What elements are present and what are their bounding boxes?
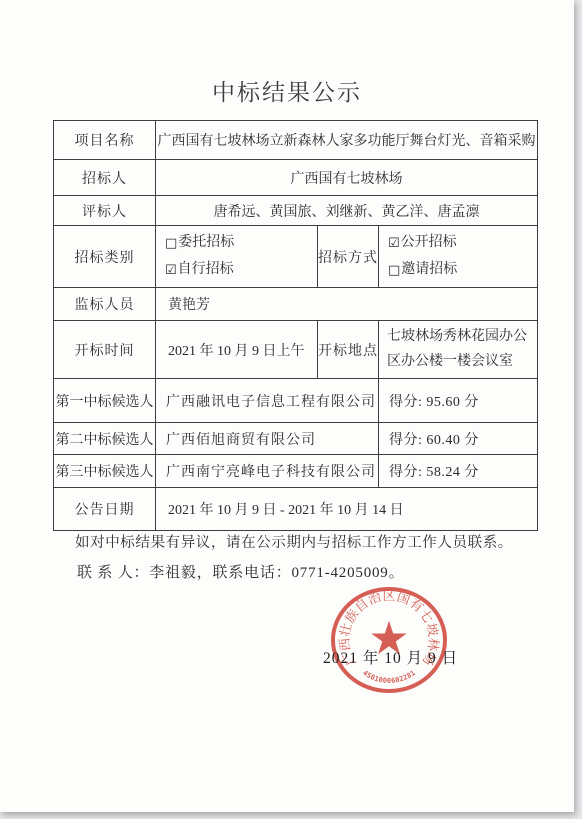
- document-title: 中标结果公示: [0, 74, 574, 107]
- option-label: 自行招标: [178, 263, 234, 277]
- category-label: 招标类别: [54, 226, 156, 288]
- candidate-1-label: 第一中标候选人: [54, 379, 156, 423]
- table-row-evaluators: 评标人 唐希远、黄国旅、刘继新、黄乙洋、唐孟凛: [54, 196, 538, 226]
- bid-result-table: 项目名称 广西国有七坡林场立新森林人家多功能厅舞台灯光、音箱采购 招标人 广西国…: [53, 120, 538, 531]
- option-label: 委托招标: [178, 236, 234, 250]
- project-name-value: 广西国有七坡林场立新森林人家多功能厅舞台灯光、音箱采购: [156, 121, 538, 160]
- option-open-tender: ☑ 公开招标: [379, 236, 537, 250]
- table-row-category-method: 招标类别 □ 委托招标 ☑ 自行招标 招标方式 ☑ 公开招标 □: [54, 226, 538, 288]
- opening-time-value: 2021 年 10 月 9 日上午: [156, 321, 318, 379]
- candidate-3-label: 第三中标候选人: [54, 455, 156, 488]
- table-row-candidate-2: 第二中标候选人 广西佰旭商贸有限公司 得分: 60.40 分: [54, 423, 538, 455]
- candidate-3-company: 广西南宁亮峰电子科技有限公司: [156, 455, 379, 488]
- opening-place-value: 七坡林场秀林花园办公区办公楼一楼会议室: [379, 321, 538, 379]
- table-row-supervisor: 监标人员 黄艳芳: [54, 288, 538, 321]
- method-label: 招标方式: [318, 226, 379, 288]
- evaluators-label: 评标人: [54, 196, 156, 226]
- candidate-2-score: 得分: 60.40 分: [379, 423, 538, 455]
- candidate-1-company: 广西融讯电子信息工程有限公司: [156, 379, 379, 423]
- evaluators-value: 唐希远、黄国旅、刘继新、黄乙洋、唐孟凛: [156, 196, 538, 226]
- supervisor-label: 监标人员: [54, 288, 156, 321]
- tenderer-label: 招标人: [54, 160, 156, 196]
- table-row-candidate-3: 第三中标候选人 广西南宁亮峰电子科技有限公司 得分: 58.24 分: [54, 455, 538, 488]
- table-row-project: 项目名称 广西国有七坡林场立新森林人家多功能厅舞台灯光、音箱采购: [54, 121, 538, 160]
- official-seal: 广西壮族自治区国有七坡林场 4501000602281 ★: [277, 528, 501, 752]
- opening-time-label: 开标时间: [54, 321, 156, 379]
- tenderer-value: 广西国有七坡林场: [156, 160, 538, 196]
- candidate-1-score: 得分: 95.60 分: [379, 379, 538, 423]
- table-row-tenderer: 招标人 广西国有七坡林场: [54, 160, 538, 196]
- table-row-announcement-period: 公告日期 2021 年 10 月 9 日 - 2021 年 10 月 14 日: [54, 488, 538, 531]
- option-invite-tender: □ 邀请招标: [379, 263, 537, 277]
- option-delegate-tender: □ 委托招标: [156, 236, 317, 250]
- option-label: 公开招标: [401, 236, 457, 250]
- opening-place-label: 开标地点: [318, 321, 379, 379]
- project-name-label: 项目名称: [54, 121, 156, 160]
- checkbox-checked-icon: ☑: [388, 237, 400, 250]
- checkbox-unchecked-icon: □: [165, 237, 177, 250]
- option-label: 邀请招标: [401, 263, 457, 277]
- signature-date: 2021 年 10 月 9 日: [323, 646, 458, 668]
- checkbox-checked-icon: ☑: [165, 264, 177, 277]
- option-self-tender: ☑ 自行招标: [156, 263, 317, 277]
- candidate-2-label: 第二中标候选人: [54, 423, 156, 455]
- table-row-opening: 开标时间 2021 年 10 月 9 日上午 开标地点 七坡林场秀林花园办公区办…: [54, 321, 538, 379]
- supervisor-value: 黄艳芳: [156, 288, 538, 321]
- checkbox-unchecked-icon: □: [388, 264, 400, 277]
- category-options: □ 委托招标 ☑ 自行招标: [156, 226, 318, 288]
- announcement-period-value: 2021 年 10 月 9 日 - 2021 年 10 月 14 日: [156, 488, 538, 531]
- scanned-document-page: 中标结果公示 项目名称 广西国有七坡林场立新森林人家多功能厅舞台灯光、音箱采购 …: [0, 0, 574, 812]
- announcement-period-label: 公告日期: [54, 488, 156, 531]
- candidate-3-score: 得分: 58.24 分: [379, 455, 538, 488]
- table-row-candidate-1: 第一中标候选人 广西融讯电子信息工程有限公司 得分: 95.60 分: [54, 379, 538, 423]
- method-options: ☑ 公开招标 □ 邀请招标: [379, 226, 538, 288]
- candidate-2-company: 广西佰旭商贸有限公司: [156, 423, 379, 455]
